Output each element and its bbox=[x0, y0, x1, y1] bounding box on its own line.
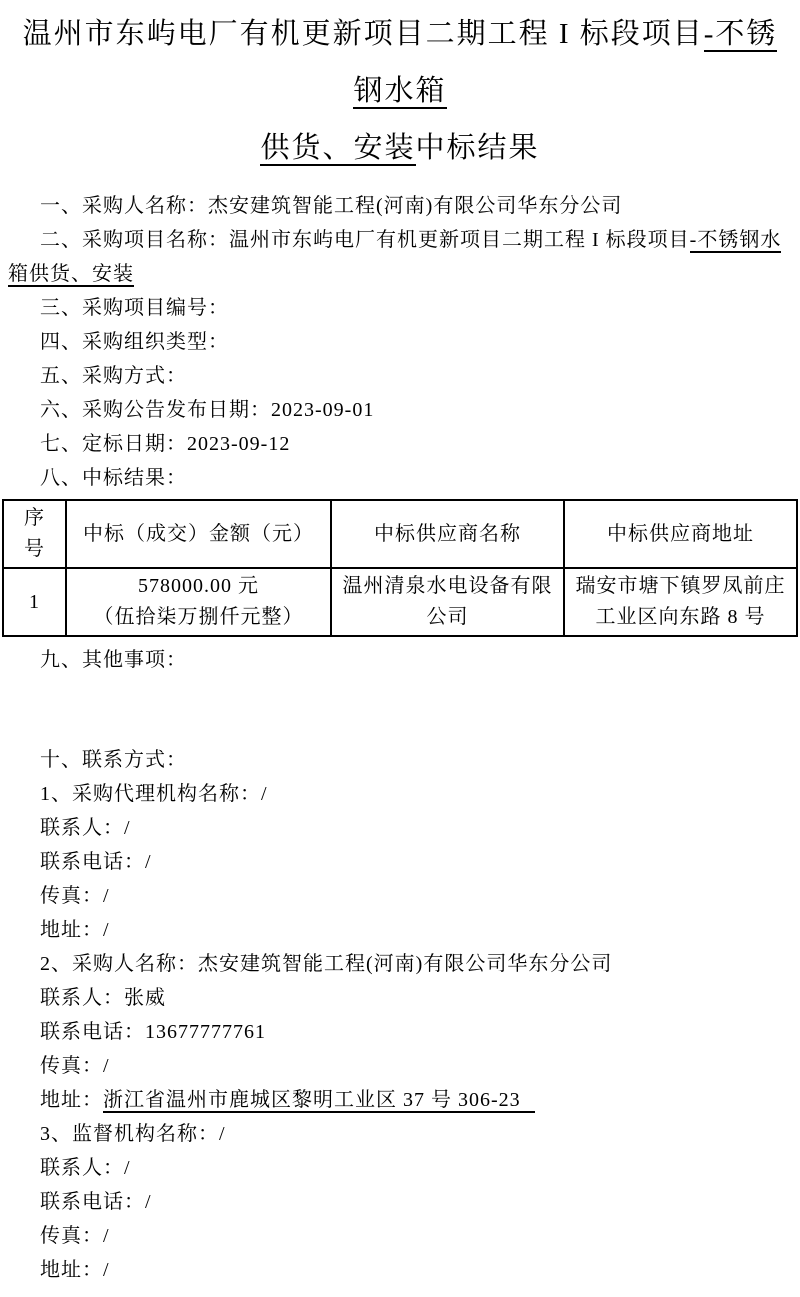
title-line1-text: 温州市东屿电厂有机更新项目二期工程 I 标段项目 bbox=[23, 18, 704, 50]
purchaser-address-label: 地址： bbox=[40, 1089, 103, 1111]
header-address: 中标供应商地址 bbox=[564, 500, 797, 568]
table-header-row: 序号 中标（成交）金额（元） 中标供应商名称 中标供应商地址 bbox=[3, 500, 797, 568]
item-project-name: 二、采购项目名称：温州市东屿电厂有机更新项目二期工程 I 标段项目-不锈钢水箱供… bbox=[8, 223, 792, 291]
contact-block-supervisor: 3、监督机构名称：/ 联系人：/ 联系电话：/ 传真：/ 地址：/ bbox=[8, 1117, 792, 1287]
item-project-number: 三、采购项目编号： bbox=[8, 291, 792, 325]
document-title: 温州市东屿电厂有机更新项目二期工程 I 标段项目-不锈钢水箱供货、安装中标结果 bbox=[8, 6, 792, 177]
agency-name-line: 1、采购代理机构名称：/ bbox=[8, 777, 792, 811]
item-bid-result: 八、中标结果： bbox=[8, 461, 792, 495]
agency-contact-text: 联系人：/ bbox=[40, 817, 131, 839]
title-line2-underlined: 供货、安装 bbox=[260, 132, 415, 166]
item-award-date-text: 七、定标日期：2023-09-12 bbox=[40, 433, 290, 455]
supervisor-name-line: 3、监督机构名称：/ bbox=[8, 1117, 792, 1151]
contact-block-agency: 1、采购代理机构名称：/ 联系人：/ 联系电话：/ 传真：/ 地址：/ bbox=[8, 777, 792, 947]
item-project-number-text: 三、采购项目编号： bbox=[40, 297, 229, 319]
agency-contact-line: 联系人：/ bbox=[8, 811, 792, 845]
item-organization-type: 四、采购组织类型： bbox=[8, 325, 792, 359]
header-amount: 中标（成交）金额（元） bbox=[66, 500, 331, 568]
amount-cell: 578000.00 元（伍拾柒万捌仟元整） bbox=[66, 568, 331, 636]
supervisor-fax-line: 传真：/ bbox=[8, 1219, 792, 1253]
document-page: 温州市东屿电厂有机更新项目二期工程 I 标段项目-不锈钢水箱供货、安装中标结果 … bbox=[0, 0, 800, 1297]
supplier-cell: 温州清泉水电设备有限公司 bbox=[331, 568, 564, 636]
purchaser-name-text: 2、采购人名称：杰安建筑智能工程(河南)有限公司华东分公司 bbox=[40, 953, 612, 975]
agency-address-text: 地址：/ bbox=[40, 919, 110, 941]
item-announcement-date: 六、采购公告发布日期：2023-09-01 bbox=[8, 393, 792, 427]
item-project-name-text: 二、采购项目名称：温州市东屿电厂有机更新项目二期工程 I 标段项目 bbox=[40, 229, 690, 251]
other-matters: 九、其他事项： bbox=[8, 643, 792, 677]
amount-number: 578000.00 元 bbox=[77, 571, 320, 602]
item-bid-result-text: 八、中标结果： bbox=[40, 467, 187, 489]
contact-block-purchaser: 2、采购人名称：杰安建筑智能工程(河南)有限公司华东分公司 联系人：张威 联系电… bbox=[8, 947, 792, 1117]
purchaser-phone-line: 联系电话：13677777761 bbox=[8, 1015, 792, 1049]
supervisor-address-text: 地址：/ bbox=[40, 1259, 110, 1281]
other-matters-text: 九、其他事项： bbox=[40, 649, 187, 671]
supervisor-fax-text: 传真：/ bbox=[40, 1225, 110, 1247]
purchaser-address-line: 地址：浙江省温州市鹿城区黎明工业区 37 号 306-23 bbox=[8, 1083, 792, 1117]
supervisor-contact-text: 联系人：/ bbox=[40, 1157, 131, 1179]
header-seq: 序号 bbox=[3, 500, 66, 568]
item-purchaser: 一、采购人名称：杰安建筑智能工程(河南)有限公司华东分公司 bbox=[8, 189, 792, 223]
agency-fax-line: 传真：/ bbox=[8, 879, 792, 913]
agency-fax-text: 传真：/ bbox=[40, 885, 110, 907]
purchaser-phone-text: 联系电话：13677777761 bbox=[40, 1021, 266, 1043]
header-supplier: 中标供应商名称 bbox=[331, 500, 564, 568]
purchaser-fax-text: 传真：/ bbox=[40, 1055, 110, 1077]
supervisor-address-line: 地址：/ bbox=[8, 1253, 792, 1287]
purchaser-contact-text: 联系人：张威 bbox=[40, 987, 166, 1009]
item-procurement-method: 五、采购方式： bbox=[8, 359, 792, 393]
item-purchaser-text: 一、采购人名称：杰安建筑智能工程(河南)有限公司华东分公司 bbox=[40, 195, 622, 217]
contact-heading: 十、联系方式： bbox=[8, 743, 792, 777]
agency-address-line: 地址：/ bbox=[8, 913, 792, 947]
agency-name-text: 1、采购代理机构名称：/ bbox=[40, 783, 268, 805]
supervisor-name-text: 3、监督机构名称：/ bbox=[40, 1123, 226, 1145]
purchaser-contact-line: 联系人：张威 bbox=[8, 981, 792, 1015]
agency-phone-text: 联系电话：/ bbox=[40, 851, 152, 873]
supervisor-contact-line: 联系人：/ bbox=[8, 1151, 792, 1185]
purchaser-address-underlined: 浙江省温州市鹿城区黎明工业区 37 号 306-23 bbox=[103, 1089, 535, 1113]
result-table: 序号 中标（成交）金额（元） 中标供应商名称 中标供应商地址 1 578000.… bbox=[2, 499, 798, 637]
supervisor-phone-text: 联系电话：/ bbox=[40, 1191, 152, 1213]
agency-phone-line: 联系电话：/ bbox=[8, 845, 792, 879]
amount-in-words: （伍拾柒万捌仟元整） bbox=[77, 602, 320, 633]
seq-cell: 1 bbox=[3, 568, 66, 636]
item-announcement-date-text: 六、采购公告发布日期：2023-09-01 bbox=[40, 399, 374, 421]
table-row: 1 578000.00 元（伍拾柒万捌仟元整） 温州清泉水电设备有限公司 瑞安市… bbox=[3, 568, 797, 636]
blank-space bbox=[8, 677, 792, 743]
item-award-date: 七、定标日期：2023-09-12 bbox=[8, 427, 792, 461]
address-cell: 瑞安市塘下镇罗凤前庄工业区向东路 8 号 bbox=[564, 568, 797, 636]
supervisor-phone-line: 联系电话：/ bbox=[8, 1185, 792, 1219]
purchaser-name-line: 2、采购人名称：杰安建筑智能工程(河南)有限公司华东分公司 bbox=[8, 947, 792, 981]
purchaser-fax-line: 传真：/ bbox=[8, 1049, 792, 1083]
contact-heading-text: 十、联系方式： bbox=[40, 749, 187, 771]
title-line2-text: 中标结果 bbox=[416, 132, 540, 164]
item-organization-type-text: 四、采购组织类型： bbox=[40, 331, 229, 353]
item-procurement-method-text: 五、采购方式： bbox=[40, 365, 187, 387]
